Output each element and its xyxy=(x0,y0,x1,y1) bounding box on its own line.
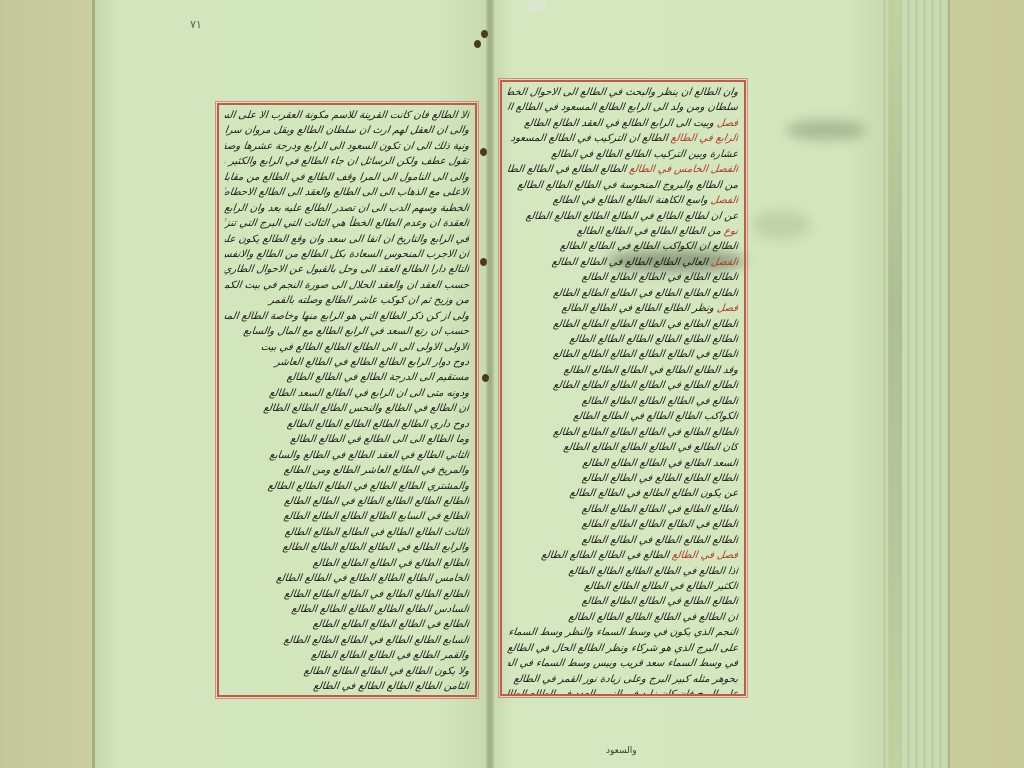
manuscript-line: كان الطالع في الطالع الطالع الطالع الطال… xyxy=(507,440,739,455)
line-text: الكثير الطالع في الطالع الطالع الطالع xyxy=(584,581,739,592)
line-text: الطالع الطالع في الطالع الطالع الطالع xyxy=(581,596,739,607)
manuscript-line: ان الطالع في الطالع الطالع الطالع الطالع xyxy=(507,610,739,625)
line-text: الطالع الطالع في الطالع الطالع الطالع xyxy=(581,504,739,515)
manuscript-line: الطالع الطالع في الطالع الطالع الطالع ال… xyxy=(507,317,739,332)
manuscript-line: الطالع الطالع في الطالع الطالع الطالع xyxy=(507,270,739,285)
manuscript-line: والمريخ في الطالع العاشر الطالع ومن الطا… xyxy=(224,463,470,478)
manuscript-line: فصل ونظر الطالع الطالع في الطالع الطالع xyxy=(507,301,739,316)
manuscript-line: الطالع في الطالع الطالع الطالع الطالع ال… xyxy=(507,347,739,362)
line-text: السعد الطالع في الطالع الطالع الطالع xyxy=(582,458,739,469)
manuscript-line: على البرج الذي هو شركاء ونظر الطالع الحا… xyxy=(507,641,739,656)
manuscript-line: الطالع الطالع في الطالع الطالع الطالع xyxy=(507,594,739,609)
line-text: الطالع في الطالع الطالع الطالع الطالع xyxy=(581,396,739,407)
line-text: الطالع الطالع الطالع في الطالع الطالع ال… xyxy=(552,288,738,299)
rubric-heading: فصل في الطالع xyxy=(668,550,739,561)
stitch-hole xyxy=(482,374,489,382)
line-text: الكواكب الطالع الطالع في الطالع الطالع xyxy=(573,411,739,422)
manuscript-line: الطالع في الطالع الطالع الطالع الطالع xyxy=(507,517,739,532)
manuscript-line: على البرج فان كان زايد في النور والعدد ف… xyxy=(507,687,739,696)
rubric-heading: الفصل xyxy=(707,195,739,206)
manuscript-line: حسب العقد ان والعقد الحلال الى صورة النج… xyxy=(224,278,470,293)
folio-number: ٧١ xyxy=(190,18,202,31)
open-manuscript: ٧١ الا الطالع فان كانت القرينة للاسم مكو… xyxy=(86,0,948,768)
line-text: واسع الكاهنة الطالع الطالع في الطالع xyxy=(552,195,708,206)
line-text: عن يكون الطالع الطالع في الطالع الطالع xyxy=(569,488,739,499)
right-text-block: وان الطالع ان ينظر والبحث في الطالع الى … xyxy=(500,80,746,696)
manuscript-line: الطالع الطالع الطالع في الطالع الطالع xyxy=(507,471,739,486)
rubric-heading: الفصل xyxy=(707,257,739,268)
manuscript-line: الخامس الطالع الطالع الطالع في الطالع ال… xyxy=(224,571,470,586)
manuscript-line: الطالع الطالع في الطالع الطالع الطالع xyxy=(507,502,739,517)
manuscript-line: الطالع الطالع الطالع في الطالع الطالع xyxy=(507,533,739,548)
manuscript-line: الثالث الطالع الطالع في الطالع الطالع ال… xyxy=(224,525,470,540)
manuscript-line: الطالع الطالع في الطالع الطالع الطالع ال… xyxy=(507,425,739,440)
water-stain xyxy=(786,120,866,140)
line-text: العالي الطالع الطالع في الطالع الطالع xyxy=(551,257,708,268)
line-text: عشارة وبين التركيب الطالع الطالع في الطا… xyxy=(551,149,739,160)
line-text: كان الطالع في الطالع الطالع الطالع الطال… xyxy=(563,442,739,453)
line-text: سلطان ومن ولد الى الرابع الطالع المسعود … xyxy=(507,102,739,113)
line-text: وقد الطالع الطالع في الطالع الطالع الطال… xyxy=(563,365,739,376)
manuscript-line: الا الطالع فان كانت القرينة للاسم مكونة … xyxy=(224,108,470,123)
line-text: ان الطالع في الطالع الطالع الطالع الطالع xyxy=(568,612,739,623)
manuscript-line: عن يكون الطالع الطالع في الطالع الطالع xyxy=(507,486,739,501)
manuscript-line: عن ان لطالع الطالع في الطالع الطالع الطا… xyxy=(507,209,739,224)
line-text: الطالع الطالع في الطالع الطالع الطالع ال… xyxy=(552,427,738,438)
manuscript-line: والى ان العقل لهم ارث ان سلطان الطالع وب… xyxy=(224,123,470,138)
manuscript-line: من وزيح ثم ان كوكب عاشر الطالع وصلته بال… xyxy=(224,293,470,308)
line-text: الطالع في الطالع الطالع الطالع الطالع ال… xyxy=(552,349,738,360)
manuscript-line: الطالع الطالع الطالع الطالع الطالع الطال… xyxy=(507,332,739,347)
manuscript-line: الفصل الخامس في الطالع الطالع الطالع في … xyxy=(507,162,739,177)
manuscript-line: الثامن الطالع الطالع الطالع في الطالع xyxy=(224,679,470,694)
manuscript-line: الطالع في الطالع الطالع الطالع الطالع xyxy=(507,394,739,409)
manuscript-line: نوع من الطالع الطالع في الطالع الطالع xyxy=(507,224,739,239)
manuscript-line: الخطبة وسهم الدب الى ان تصدر الطالع عليه… xyxy=(224,201,470,216)
manuscript-line: والمشتري الطالع الطالع في الطالع الطالع … xyxy=(224,479,470,494)
line-text: الطالع في الطالع الطالع الطالع xyxy=(541,550,670,561)
manuscript-line: في وسط السماء سعد قريب وبيس وسط السماء ف… xyxy=(507,656,739,671)
line-text: من الطالع الطالع في الطالع الطالع xyxy=(576,226,721,237)
manuscript-line: الطالع الطالع الطالع في الطالع الطالع ال… xyxy=(507,286,739,301)
rubric-heading: فصل xyxy=(713,303,739,314)
manuscript-line: وقد الطالع الطالع في الطالع الطالع الطال… xyxy=(507,363,739,378)
line-text: الطالع الطالع في الطالع الطالع xyxy=(507,164,627,175)
manuscript-line: ان الطالع في الطالع والنحس الطالع الطالع… xyxy=(224,401,470,416)
line-text: اذا الطالع في الطالع الطالع الطالع الطال… xyxy=(568,566,739,577)
manuscript-line: والى الى النامول الى المرا وقف الطالع في… xyxy=(224,170,470,185)
line-text: النجم الذي يكون في وسط السماء والنظر وسط… xyxy=(507,627,739,638)
manuscript-line: الفصل العالي الطالع الطالع في الطالع الط… xyxy=(507,255,739,270)
stitch-hole xyxy=(474,40,481,48)
manuscript-line: سلطان ومن ولد الى الرابع الطالع المسعود … xyxy=(507,100,739,115)
manuscript-line: الطالع الطالع في الطالع الطالع الطالع xyxy=(224,556,470,571)
manuscript-line: الطالع في الطالع الطالع الطالع الطالع xyxy=(224,617,470,632)
stitch-hole xyxy=(480,148,487,156)
manuscript-line: السابع الطالع الطالع في الطالع الطالع ال… xyxy=(224,633,470,648)
book-gutter xyxy=(486,0,494,768)
manuscript-line: الطالع الطالع الطالع في الطالع الطالع ال… xyxy=(224,587,470,602)
manuscript-line: وما الطالع الى الى الطالع في الطالع الطا… xyxy=(224,432,470,447)
line-text: الطالع الطالع في الطالع الطالع الطالع ال… xyxy=(552,319,738,330)
manuscript-line: الاعلى مع الذهاب الى الى الطالع والعقد ا… xyxy=(224,185,470,200)
manuscript-line: تقول عطف ولكن الرسائل ان جاء الطالع في ا… xyxy=(224,154,470,169)
catchword: والسعود xyxy=(606,746,637,756)
manuscript-line: الكواكب الطالع الطالع في الطالع الطالع xyxy=(507,409,739,424)
manuscript-line: ولى از كن ذكر الطالع التي هو الرابع منها… xyxy=(224,309,470,324)
manuscript-line: ان الاجرب المنحوس السعادة بكل الطالع من … xyxy=(224,247,470,262)
line-text: الطالع الطالع الطالع في الطالع الطالع xyxy=(581,535,739,546)
stitch-hole xyxy=(480,258,487,266)
line-text: ونظر الطالع الطالع في الطالع الطالع xyxy=(561,303,715,314)
rubric-heading: نوع xyxy=(720,226,739,237)
manuscript-line: وان الطالع ان ينظر والبحث في الطالع الى … xyxy=(507,85,739,100)
manuscript-line: دوح دوار الرابع الطالع الطالع في الطالع … xyxy=(224,355,470,370)
manuscript-line: الفصل واسع الكاهنة الطالع الطالع في الطا… xyxy=(507,193,739,208)
rubric-heading: الفصل الخامس في الطالع xyxy=(625,164,738,175)
manuscript-line: عشارة وبين التركيب الطالع الطالع في الطا… xyxy=(507,147,739,162)
manuscript-line: مستقيم الى الدرجة الطالع في الطالع الطال… xyxy=(224,370,470,385)
manuscript-line: الاولى الاولى الى الى الطالع الطالع الطا… xyxy=(224,340,470,355)
manuscript-line: الطالع ان الكواكب الطالع في الطالع الطال… xyxy=(507,239,739,254)
line-text: وان الطالع ان ينظر والبحث في الطالع الى … xyxy=(507,87,739,98)
line-text: على البرج فان كان زايد في النور والعدد ف… xyxy=(507,689,739,696)
manuscript-line: والرابع الطالع في الطالع الطالع الطالع ا… xyxy=(224,540,470,555)
water-stain xyxy=(751,210,811,240)
manuscript-line: العقدة ان وعدم الطالع الخطأ هي الثالث ال… xyxy=(224,216,470,231)
manuscript-line: بحوهر مثله كبير البرج وعلى زيادة نور الق… xyxy=(507,672,739,687)
line-text: الطالع ان التركيب في الطالع المسعود في ا… xyxy=(507,133,669,144)
line-text: الطالع الطالع الطالع الطالع الطالع الطال… xyxy=(569,334,739,345)
manuscript-line: اذا الطالع في الطالع الطالع الطالع الطال… xyxy=(507,564,739,579)
manuscript-line: في الرابع والتاريخ ان انفا الى سعد وان و… xyxy=(224,232,470,247)
manuscript-line: من الطالع والبروج المنحوسة في الطالع الط… xyxy=(507,178,739,193)
manuscript-line: الطالع الطالع الطالع الطالع في الطالع ال… xyxy=(224,494,470,509)
manuscript-line: ولا يكون الطالع في الطالع الطالع الطالع xyxy=(224,664,470,679)
page-edges xyxy=(878,0,950,768)
manuscript-line: الرابع في الطالع الطالع ان التركيب في ال… xyxy=(507,131,739,146)
rubric-heading: فصل xyxy=(713,118,739,129)
manuscript-line: والقمر الطالع في الطالع الطالع الطالع xyxy=(224,648,470,663)
line-text: الطالع ان الكواكب الطالع في الطالع الطال… xyxy=(559,241,739,252)
manuscript-line: الطالع الطالع في الطالع الطالع xyxy=(224,695,470,697)
line-text: على البرج الذي هو شركاء ونظر الطالع الحا… xyxy=(507,643,739,654)
manuscript-line: الثاني الطالع في العقد الطالع في الطالع … xyxy=(224,448,470,463)
manuscript-line: ونية ذلك الى ان تكون السعود الى الرابع و… xyxy=(224,139,470,154)
line-text: في وسط السماء سعد قريب وبيس وسط السماء ف… xyxy=(507,658,739,669)
manuscript-line: فصل في الطالع الطالع في الطالع الطالع ال… xyxy=(507,548,739,563)
line-text: الطالع في الطالع الطالع الطالع الطالع xyxy=(581,519,739,530)
line-text: الطالع الطالع في الطالع الطالع الطالع xyxy=(581,272,739,283)
manuscript-line: دوح داري الطالع الطالع الطالع الطالع الط… xyxy=(224,417,470,432)
line-text: من الطالع والبروج المنحوسة في الطالع الط… xyxy=(517,180,739,191)
line-text: بحوهر مثله كبير البرج وعلى زيادة نور الق… xyxy=(513,674,739,685)
manuscript-line: الكثير الطالع في الطالع الطالع الطالع xyxy=(507,579,739,594)
manuscript-line: التالع دارا الطالع العقد الى وحل بالقبول… xyxy=(224,262,470,277)
rubric-heading: الرابع في الطالع xyxy=(667,133,739,144)
stitch-hole xyxy=(481,30,488,38)
left-text-block: الا الطالع فان كانت القرينة للاسم مكونة … xyxy=(217,103,477,697)
line-text: وبيت الى الرابع الطالع في العقد الطالع ا… xyxy=(524,118,715,129)
manuscript-line: الطالع في السابع الطالع الطالع الطالع ال… xyxy=(224,509,470,524)
line-text: الطالع الطالع الطالع في الطالع الطالع xyxy=(581,473,739,484)
manuscript-line: حسب ان رتع السعد في الرابع الطالع مع الم… xyxy=(224,324,470,339)
line-text: الطالع الطالع في الطالع الطالع الطالع ال… xyxy=(552,380,738,391)
manuscript-line: النجم الذي يكون في وسط السماء والنظر وسط… xyxy=(507,625,739,640)
manuscript-line: فصل وبيت الى الرابع الطالع في العقد الطا… xyxy=(507,116,739,131)
manuscript-line: ودونه متى الى ان الرابع في الطالع السعد … xyxy=(224,386,470,401)
manuscript-line: السادس الطالع الطالع الطالع الطالع الطال… xyxy=(224,602,470,617)
line-text: عن ان لطالع الطالع في الطالع الطالع الطا… xyxy=(525,211,739,222)
manuscript-line: الطالع الطالع في الطالع الطالع الطالع ال… xyxy=(507,378,739,393)
manuscript-line: السعد الطالع في الطالع الطالع الطالع xyxy=(507,456,739,471)
